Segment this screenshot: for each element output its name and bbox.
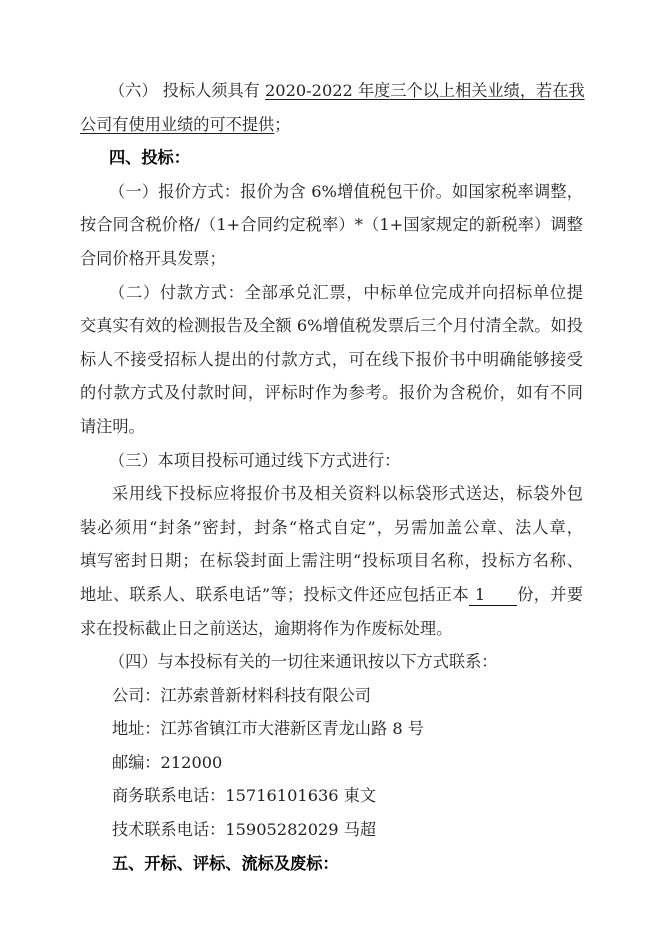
offline-bidding-line-5: 求在投标截止日之前送达，逾期将作为作废标处理。: [80, 612, 583, 646]
offline-bidding-heading: （三）本项目投标可通过线下方式进行：: [80, 444, 583, 478]
item-6-suffix: ；: [274, 115, 290, 134]
payment-method-line-1: （二）付款方式：全部承兑汇票，中标单位完成并向招标单位提: [80, 276, 583, 310]
offline-bidding-line-3: 填写密封日期；在标袋封面上需注明“投标项目名称，投标方名称、: [80, 544, 583, 578]
copies-count-blank: 1: [469, 585, 517, 606]
contact-heading: （四）与本投标有关的一切往来通讯按以下方式联系：: [80, 645, 583, 679]
payment-method-line-4: 的付款方式及付款时间，评标时作为参考。报价为含税价，如有不同: [80, 376, 583, 410]
payment-method-line-3: 标人不接受招标人提出的付款方式，可在线下报价书中明确能够接受: [80, 343, 583, 377]
payment-method-line-2: 交真实有效的检测报告及全额 6%增值税发票后三个月付清全款。如投: [80, 309, 583, 343]
copies-prefix: 地址、联系人、联系电话”等；投标文件还应包括正本: [80, 585, 469, 604]
document-page: （六） 投标人须具有 2020-2022 年度三个以上相关业绩，若在我 公司有使…: [80, 74, 583, 880]
contact-technical-phone: 技术联系电话：15905282029 马超: [80, 813, 583, 847]
offline-bidding-line-4: 地址、联系人、联系电话”等；投标文件还应包括正本1份，并要: [80, 578, 583, 612]
copies-suffix: 份，并要: [517, 585, 583, 604]
contact-postcode: 邮编：212000: [80, 746, 583, 780]
contact-address: 地址：江苏省镇江市大港新区青龙山路 8 号: [80, 712, 583, 746]
item-6-line-1: （六） 投标人须具有 2020-2022 年度三个以上相关业绩，若在我: [80, 74, 583, 108]
item-6-underlined-text-2: 公司有使用业绩的可不提供: [80, 115, 274, 134]
item-6-line-2: 公司有使用业绩的可不提供；: [80, 108, 583, 142]
item-6-prefix: （六） 投标人须具有: [109, 81, 265, 100]
payment-method-line-5: 请注明。: [80, 410, 583, 444]
offline-bidding-line-2: 装必须用“封条”密封，封条“格式自定”，另需加盖公章、法人章，: [80, 511, 583, 545]
quote-method-line-3: 合同价格开具发票；: [80, 242, 583, 276]
item-6-underlined-text-1: 2020-2022 年度三个以上相关业绩，若在我: [265, 81, 585, 100]
contact-business-phone: 商务联系电话：15716101636 東文: [80, 779, 583, 813]
contact-company: 公司：江苏索普新材料科技有限公司: [80, 679, 583, 713]
section-5-heading: 五、开标、评标、流标及废标：: [80, 847, 583, 881]
quote-method-line-2: 按合同含税价格/（1+合同约定税率）*（1+国家规定的新税率）调整: [80, 208, 583, 242]
offline-bidding-line-1: 采用线下投标应将报价书及相关资料以标袋形式送达，标袋外包: [80, 477, 583, 511]
section-4-heading: 四、投标：: [80, 141, 583, 175]
quote-method-line-1: （一）报价方式：报价为含 6%增值税包干价。如国家税率调整，: [80, 175, 583, 209]
